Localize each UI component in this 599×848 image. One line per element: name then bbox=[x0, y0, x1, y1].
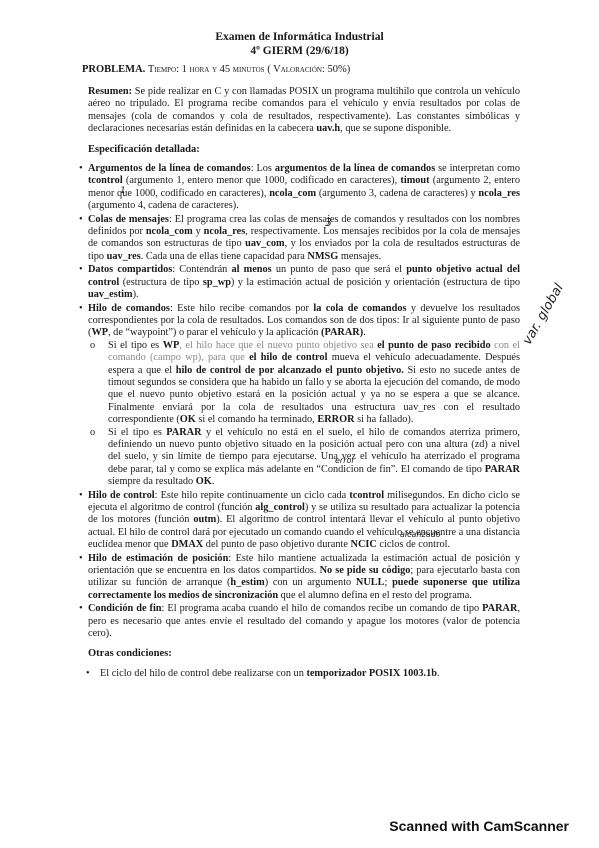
text: ncola_res bbox=[204, 226, 246, 237]
text: la cola de comandos bbox=[313, 303, 406, 314]
spec-item-end-condition: Condición de fin: El programa acaba cuan… bbox=[88, 603, 520, 640]
text: . Cada una de ellas tiene capacidad para bbox=[141, 251, 308, 262]
command-subitems: Si el tipo es WP, el hilo hace que el nu… bbox=[88, 340, 520, 489]
text: temporizador POSIX 1003.1b bbox=[306, 668, 437, 679]
spec-list: Argumentos de la línea de comandos: Los … bbox=[88, 163, 520, 640]
text: WP bbox=[91, 327, 108, 338]
text: : El programa acaba cuando el hilo de co… bbox=[162, 603, 483, 614]
text: hilo de control de por alcanzado el punt… bbox=[176, 365, 404, 376]
camscanner-watermark: Scanned with CamScanner bbox=[389, 818, 569, 834]
text: (PARAR) bbox=[321, 327, 363, 338]
text: timout bbox=[400, 175, 429, 186]
text: uav_res bbox=[107, 251, 141, 262]
text: ) con un argumento bbox=[265, 577, 356, 588]
document-subtitle: 4º GIERM (29/6/18) bbox=[0, 44, 599, 58]
summary-text-end: , que se supone disponible. bbox=[340, 123, 451, 134]
spec-heading: Especificación detallada: bbox=[88, 144, 520, 156]
text: (argumento 3, cadena de caracteres) y bbox=[316, 188, 478, 199]
text: sp_wp bbox=[203, 277, 231, 288]
text: uav_com bbox=[245, 238, 284, 249]
text: siempre da resultado bbox=[108, 476, 196, 487]
text: alg_control bbox=[255, 502, 305, 513]
text: el hilo de control bbox=[249, 352, 327, 363]
text: mensajes. bbox=[338, 251, 381, 262]
text: . bbox=[212, 476, 215, 487]
item-label: Datos compartidos bbox=[88, 264, 172, 275]
text: que el alumno defina en el resto del pro… bbox=[278, 590, 472, 601]
item-label: Argumentos de la línea de comandos bbox=[88, 163, 251, 174]
text: PARAR bbox=[166, 427, 201, 438]
text: (argumento 4, cadena de caracteres). bbox=[88, 200, 239, 211]
text: ). bbox=[133, 289, 139, 300]
spec-item-shared-data: Datos compartidos: Contendrán al menos u… bbox=[88, 264, 520, 301]
item-label: Condición de fin bbox=[88, 603, 162, 614]
text: : Este hilo recibe comandos por bbox=[170, 303, 313, 314]
text: outm bbox=[193, 514, 216, 525]
text: NULL bbox=[356, 577, 385, 588]
summary-label: Resumen: bbox=[88, 86, 132, 97]
text: ) y la estimación actual de posición y o… bbox=[231, 277, 520, 288]
text: , de “waypoint”) o parar el vehículo y l… bbox=[108, 327, 321, 338]
text: : Los bbox=[251, 163, 275, 174]
text: (argumento 1, entero menor que 1000, cod… bbox=[123, 175, 401, 186]
text: ncola_res bbox=[478, 188, 520, 199]
text: : Este hilo repite continuamente un cicl… bbox=[155, 490, 350, 501]
header-file-name: uav.h bbox=[316, 123, 340, 134]
text: si ha fallado). bbox=[355, 414, 414, 425]
text: y bbox=[193, 226, 204, 237]
spec-item-estimation-thread: Hilo de estimación de posición: Este hil… bbox=[88, 553, 520, 603]
text: se interpretan como bbox=[435, 163, 520, 174]
item-label: Hilo de estimación de posición bbox=[88, 553, 228, 564]
exam-page: Examen de Informática Industrial 4º GIER… bbox=[0, 0, 599, 848]
other-item: El ciclo del hilo de control debe realiz… bbox=[88, 668, 520, 680]
spec-item-message-queues: Colas de mensajes: El programa crea las … bbox=[88, 214, 520, 264]
text: uav_estim bbox=[88, 289, 133, 300]
handwritten-note-1: 1 bbox=[120, 186, 126, 196]
text: el punto de paso recibido bbox=[377, 340, 490, 351]
text: PARAR bbox=[485, 464, 520, 475]
summary-paragraph: Resumen: Se pide realizar en C y con lla… bbox=[88, 86, 520, 136]
text: tcontrol bbox=[349, 490, 384, 501]
text: tcontrol bbox=[88, 175, 123, 186]
text: No se pide su código bbox=[320, 565, 411, 576]
handwritten-note-alcanzado: alcanzado bbox=[400, 530, 441, 539]
text: ; bbox=[385, 577, 393, 588]
text: PARAR bbox=[482, 603, 517, 614]
exam-content: Resumen: Se pide realizar en C y con lla… bbox=[88, 86, 520, 680]
text: OK bbox=[180, 414, 196, 425]
spec-item-command-thread: Hilo de comandos: Este hilo recibe coman… bbox=[88, 303, 520, 489]
text: DMAX bbox=[171, 539, 203, 550]
text: si el comando ha terminado, bbox=[196, 414, 318, 425]
text: al menos bbox=[231, 264, 271, 275]
text: NCIC bbox=[351, 539, 377, 550]
other-heading: Otras condiciones: bbox=[88, 648, 520, 660]
handwritten-note-error: error bbox=[335, 456, 355, 465]
text: El ciclo del hilo de control debe realiz… bbox=[100, 668, 306, 679]
subitem-parar: Si el tipo es PARAR y el vehículo no est… bbox=[108, 427, 520, 489]
handwritten-note-3: 3 bbox=[325, 216, 332, 229]
text: ncola_com bbox=[146, 226, 193, 237]
document-header: Examen de Informática Industrial 4º GIER… bbox=[0, 30, 599, 58]
problem-line: PROBLEMA. Tiempo: 1 hora y 45 minutos ( … bbox=[82, 64, 350, 75]
text: WP bbox=[163, 340, 180, 351]
subitem-wp: Si el tipo es WP, el hilo hace que el nu… bbox=[108, 340, 520, 427]
text: : Contendrán bbox=[172, 264, 231, 275]
text: h_estim bbox=[230, 577, 264, 588]
item-label: Hilo de comandos bbox=[88, 303, 170, 314]
other-conditions: Otras condiciones: El ciclo del hilo de … bbox=[88, 648, 520, 680]
text: . bbox=[437, 668, 440, 679]
spec-item-arguments: Argumentos de la línea de comandos: Los … bbox=[88, 163, 520, 213]
spec-item-control-thread: Hilo de control: Este hilo repite contin… bbox=[88, 490, 520, 552]
document-title: Examen de Informática Industrial bbox=[0, 30, 599, 44]
handwritten-margin-note: var. global bbox=[520, 281, 567, 347]
text: del punto de paso objetivo durante bbox=[203, 539, 350, 550]
text: , el hilo hace que el nuevo punto objeti… bbox=[179, 340, 377, 351]
text: argumentos de la línea de comandos bbox=[275, 163, 435, 174]
text: OK bbox=[196, 476, 212, 487]
text: un punto de paso que será el bbox=[272, 264, 407, 275]
summary-text: Se pide realizar en C y con llamadas POS… bbox=[88, 86, 520, 134]
problem-valuation: ( Valoración: 50%) bbox=[267, 64, 350, 75]
problem-time: Tiempo: 1 hora y 45 minutos bbox=[148, 64, 265, 75]
text: . bbox=[363, 327, 366, 338]
text: ciclos de control. bbox=[377, 539, 450, 550]
item-label: Colas de mensajes bbox=[88, 214, 169, 225]
text: NMSG bbox=[307, 251, 338, 262]
problem-label: PROBLEMA. bbox=[82, 64, 145, 75]
text: ERROR bbox=[317, 414, 354, 425]
text: ncola_com bbox=[269, 188, 316, 199]
text: Si el tipo es bbox=[108, 340, 163, 351]
text: Si el tipo es bbox=[108, 427, 166, 438]
item-label: Hilo de control bbox=[88, 490, 155, 501]
text: (estructura de tipo bbox=[119, 277, 203, 288]
